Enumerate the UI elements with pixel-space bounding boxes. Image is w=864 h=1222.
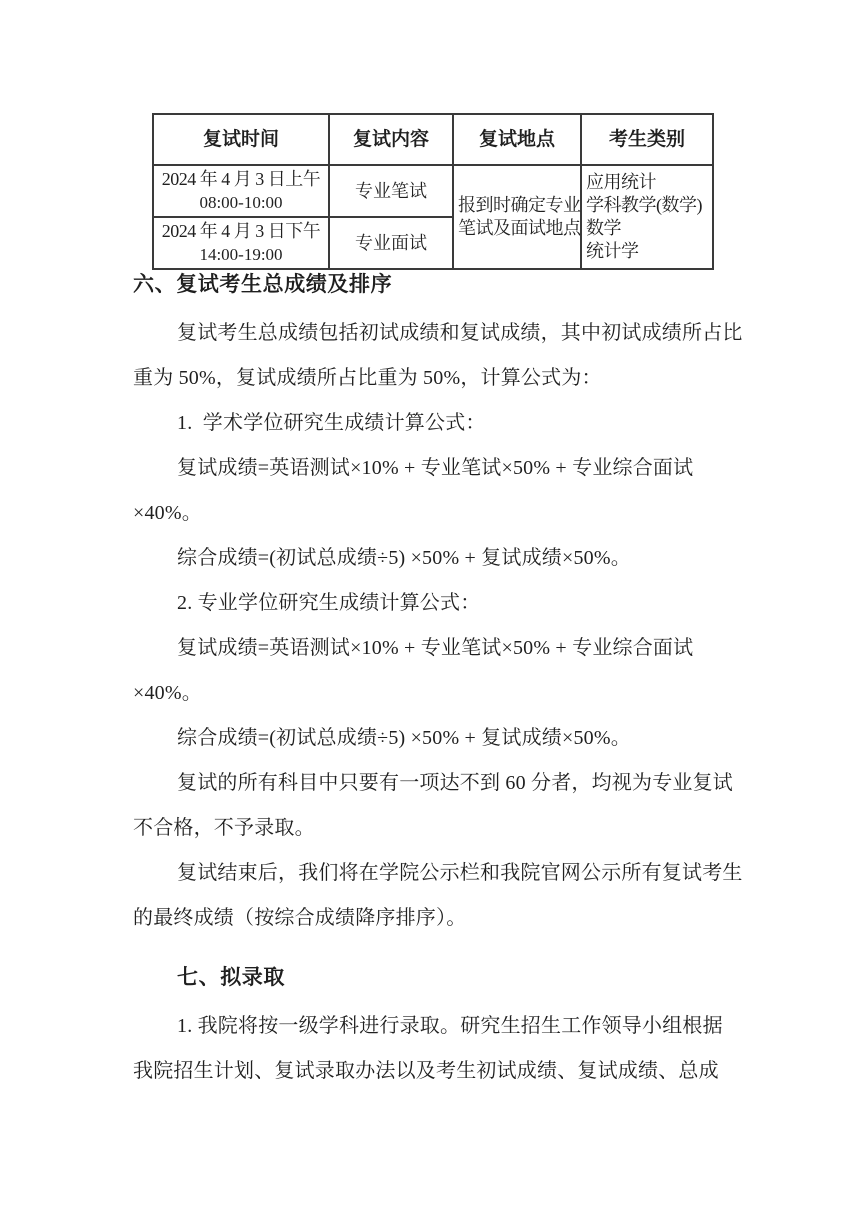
document-body: 六、复试考生总成绩及排序复试考生总成绩包括初试成绩和复试成绩，其中初试成绩所占比… xyxy=(133,0,738,1222)
text-line: 1. 学术学位研究生成绩计算公式： xyxy=(177,401,486,446)
text-line: ×40%。 xyxy=(133,671,202,716)
text-line: 2. 专业学位研究生成绩计算公式： xyxy=(177,581,480,626)
text-line: 复试考生总成绩包括初试成绩和复试成绩，其中初试成绩所占比 xyxy=(177,311,743,356)
text-line: 复试成绩=英语测试×10% + 专业笔试×50% + 专业综合面试 xyxy=(177,626,693,671)
text-line: 综合成绩=(初试总成绩÷5) ×50% + 复试成绩×50%。 xyxy=(177,536,631,581)
section-heading: 六、复试考生总成绩及排序 xyxy=(133,262,392,307)
text-line: 不合格，不予录取。 xyxy=(133,806,315,851)
text-line: 我院招生计划、复试录取办法以及考生初试成绩、复试成绩、总成 xyxy=(133,1049,719,1094)
text-line: 的最终成绩（按综合成绩降序排序）。 xyxy=(133,896,466,941)
text-line: 综合成绩=(初试总成绩÷5) ×50% + 复试成绩×50%。 xyxy=(177,716,631,761)
text-line: 复试结束后，我们将在学院公示栏和我院官网公示所有复试考生 xyxy=(177,851,743,896)
section-heading: 七、拟录取 xyxy=(177,955,285,1000)
text-line: 1. 我院将按一级学科进行录取。研究生招生工作领导小组根据 xyxy=(177,1004,723,1049)
text-line: 复试成绩=英语测试×10% + 专业笔试×50% + 专业综合面试 xyxy=(177,446,693,491)
document-page: 复试时间 复试内容 复试地点 考生类别 2024 年 4 月 3 日上午 08:… xyxy=(0,0,864,1222)
text-line: ×40%。 xyxy=(133,491,202,536)
text-line: 重为 50%，复试成绩所占比重为 50%，计算公式为： xyxy=(133,356,602,401)
text-line: 复试的所有科目中只要有一项达不到 60 分者，均视为专业复试 xyxy=(177,761,733,806)
